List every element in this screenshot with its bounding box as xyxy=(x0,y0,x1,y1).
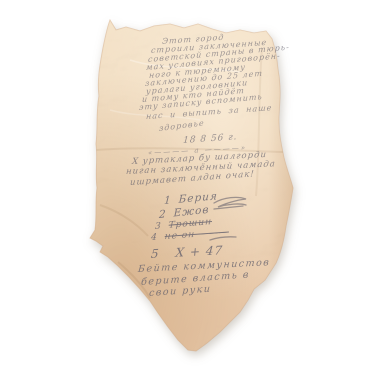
crumpled-paper xyxy=(0,0,368,368)
photo-canvas: Этот город строили заключенные советской… xyxy=(0,0,368,368)
paper-right-edge-shade xyxy=(80,10,310,360)
